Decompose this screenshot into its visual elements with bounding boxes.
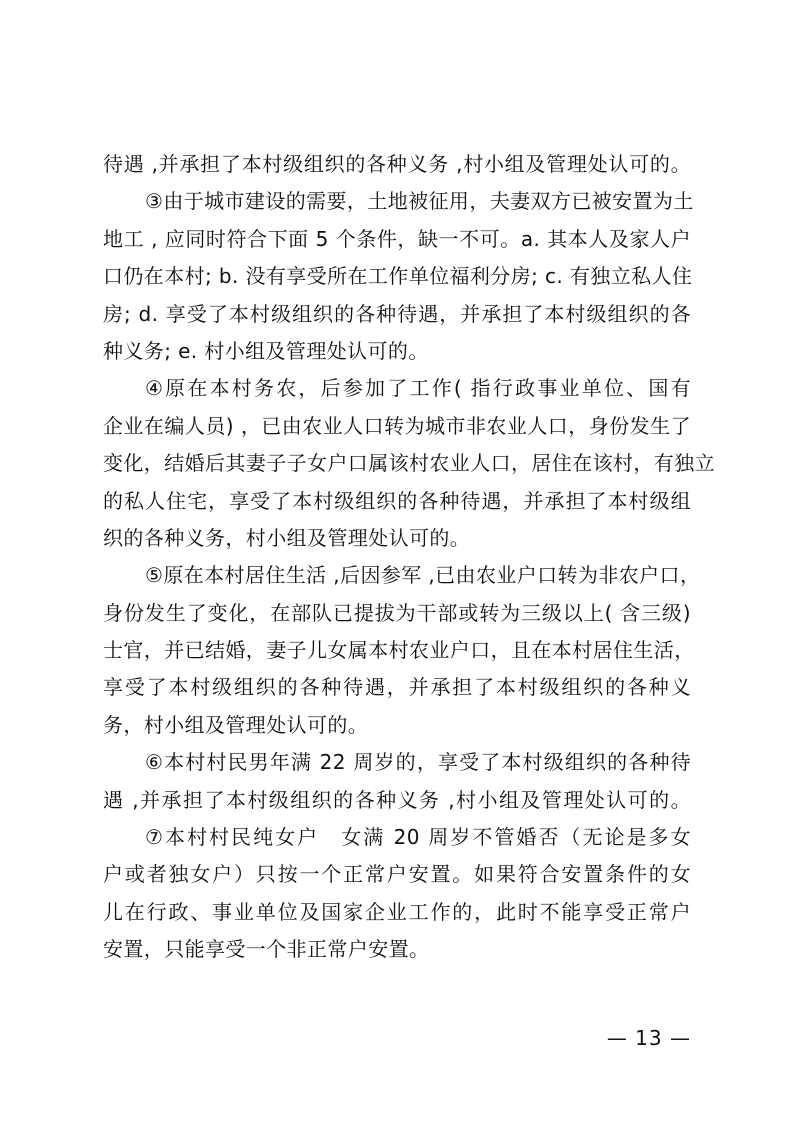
- text-line: ⑥本村村民男年满 22 周岁的，享受了本村级组织的各种待: [103, 744, 691, 781]
- text-line: 种义务; e. 村小组及管理处认可的。: [103, 333, 691, 370]
- text-line: 户或者独女户）只按一个正常户安置。如果符合安置条件的女: [103, 856, 691, 893]
- text-line: ③由于城市建设的需要，土地被征用，夫妻双方已被安置为土: [103, 183, 691, 220]
- text-line: 织的各种义务，村小组及管理处认可的。: [103, 520, 691, 557]
- text-line: 儿在行政、事业单位及国家企业工作的，此时不能享受正常户: [103, 894, 691, 931]
- text-line: 地工 , 应同时符合下面 5 个条件，缺一不可。a. 其本人及家人户: [103, 221, 691, 258]
- text-line: 企业在编人员) ，已由农业人口转为城市非农业人口，身份发生了: [103, 408, 691, 445]
- text-line: 士官，并已结婚，妻子儿女属本村农业户口，且在本村居住生活，: [103, 632, 691, 669]
- text-line: 安置，只能享受一个非正常户安置。: [103, 931, 691, 968]
- text-line: 的私人住宅，享受了本村级组织的各种待遇，并承担了本村级组: [103, 483, 691, 520]
- document-page: 待遇 ,并承担了本村级组织的各种义务 ,村小组及管理处认可的。③由于城市建设的需…: [0, 0, 793, 1122]
- document-text-block: 待遇 ,并承担了本村级组织的各种义务 ,村小组及管理处认可的。③由于城市建设的需…: [103, 146, 691, 969]
- text-line: 房; d. 享受了本村级组织的各种待遇，并承担了本村级组织的各: [103, 296, 691, 333]
- text-line: 遇 ,并承担了本村级组织的各种义务 ,村小组及管理处认可的。: [103, 782, 691, 819]
- text-line: 待遇 ,并承担了本村级组织的各种义务 ,村小组及管理处认可的。: [103, 146, 691, 183]
- text-line: 身份发生了变化，在部队已提拔为干部或转为三级以上( 含三级): [103, 595, 691, 632]
- page-number: — 13 —: [103, 1026, 703, 1050]
- text-line: 口仍在本村; b. 没有享受所在工作单位福利分房; c. 有独立私人住: [103, 258, 691, 295]
- text-line: ⑤原在本村居住生活 ,后因参军 ,已由农业户口转为非农户口，: [103, 557, 691, 594]
- text-line: ⑦本村村民纯女户 女满 20 周岁不管婚否（无论是多女: [103, 819, 691, 856]
- text-line: ④原在本村务农，后参加了工作( 指行政事业单位、国有: [103, 370, 691, 407]
- text-line: 务，村小组及管理处认可的。: [103, 707, 691, 744]
- text-line: 享受了本村级组织的各种待遇，并承担了本村级组织的各种义: [103, 669, 691, 706]
- text-line: 变化，结婚后其妻子子女户口属该村农业人口，居住在该村，有独立: [103, 445, 691, 482]
